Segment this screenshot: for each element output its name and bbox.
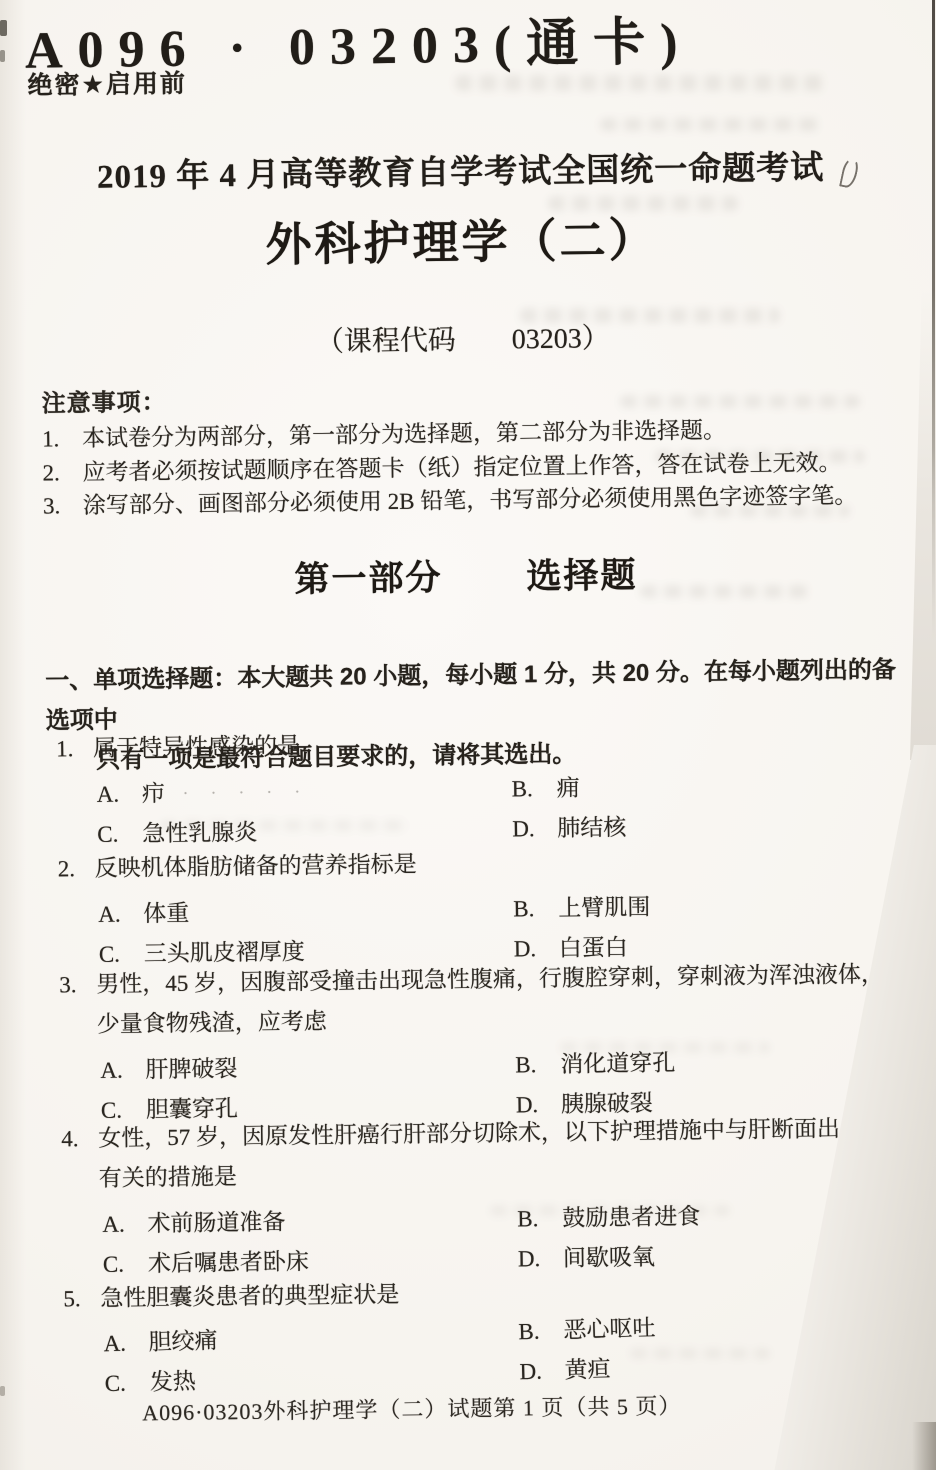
question-number: 4.	[61, 1119, 99, 1199]
bleedthrough-smudge	[690, 505, 850, 517]
option-label: D.	[519, 1351, 565, 1392]
left-edge-ink-mark	[0, 1386, 5, 1396]
pencil-dot-marks: · · · · ·	[164, 772, 309, 814]
section-label: 一、单项选择题：	[45, 665, 237, 695]
question-1: 1. 属于特异性感染的是 A. 疖 · · · · · B. 痈 C.	[56, 718, 932, 855]
bleedthrough-smudge	[560, 1042, 770, 1053]
question-number: 3.	[59, 965, 97, 1045]
option-text: 肝脾破裂	[145, 1049, 238, 1090]
exam-session-title: 2019 年 4 月高等教育自学考试全国统一命题考试	[0, 140, 929, 199]
bleedthrough-smudge	[490, 1205, 730, 1216]
page-content: A096 · 03203(通卡) 绝密★启用前 2019 年 4 月高等教育自学…	[0, 0, 936, 1470]
option-label: A.	[102, 1204, 148, 1245]
option-label: A.	[100, 1050, 146, 1091]
question-number: 1.	[56, 729, 94, 769]
bleedthrough-smudge	[548, 196, 738, 211]
question-number: 5.	[63, 1279, 101, 1319]
question-4: 4. 女性，57 岁，因原发性肝癌行肝部分切除术，以下护理措施中与肝断面出血预防…	[61, 1108, 936, 1285]
option-label: B.	[513, 889, 559, 930]
option-text: 恶心呕吐	[563, 1308, 656, 1351]
option-b: B. 上臂肌围	[513, 884, 932, 929]
course-code-line: （课程代码 03203）	[0, 312, 931, 364]
option-label: A.	[103, 1323, 149, 1364]
security-classification-label: 绝密★启用前	[27, 64, 187, 102]
bleedthrough-smudge	[630, 1348, 770, 1359]
question-text: 男性，45 岁，因腹部受撞击出现急性腹痛，行腹腔穿刺，穿刺液为浑浊液体，有少量食…	[96, 954, 917, 1045]
bleedthrough-smudge	[455, 75, 825, 91]
option-label: B.	[518, 1311, 564, 1352]
option-b: B. 痈	[511, 764, 930, 809]
part-one-label: 第一部分	[294, 550, 443, 602]
bleedthrough-smudge	[600, 118, 820, 131]
bleedthrough-smudge	[655, 450, 865, 463]
option-text: 胆绞痛	[148, 1321, 218, 1363]
option-label: A.	[96, 774, 142, 815]
subject-title: 外科护理学（二）	[0, 200, 930, 278]
note-number: 2.	[42, 456, 82, 490]
option-text: 疖	[141, 774, 165, 814]
bleedthrough-smudge	[520, 308, 780, 323]
question-text: 女性，57 岁，因原发性肝癌行肝部分切除术，以下护理措施中与肝断面出血预防有关的…	[98, 1108, 919, 1199]
option-a: A. 术前肠道准备	[102, 1199, 517, 1244]
option-label: A.	[98, 894, 144, 935]
left-edge-ink-mark	[0, 50, 5, 62]
option-label: B.	[515, 1045, 561, 1086]
question-number: 2.	[57, 849, 95, 889]
option-text: 术前肠道准备	[147, 1202, 286, 1244]
option-a: A. 疖 · · · · ·	[96, 769, 511, 814]
bleedthrough-smudge	[160, 820, 410, 831]
question-3: 3. 男性，45 岁，因腹部受撞击出现急性腹痛，行腹腔穿刺，穿刺液为浑浊液体，有…	[59, 954, 935, 1131]
option-text: 黄疸	[564, 1350, 611, 1391]
question-stem: 4. 女性，57 岁，因原发性肝癌行肝部分切除术，以下护理措施中与肝断面出血预防…	[61, 1108, 936, 1199]
bottom-right-corner-shadow	[912, 1422, 936, 1470]
note-number: 3.	[43, 489, 83, 523]
bleedthrough-smudge	[620, 395, 860, 408]
option-label: B.	[511, 769, 557, 810]
option-text: 鼓励患者进食	[562, 1197, 701, 1239]
scanned-exam-page: A096 · 03203(通卡) 绝密★启用前 2019 年 4 月高等教育自学…	[0, 0, 936, 1470]
left-edge-ink-mark	[0, 20, 7, 36]
option-text: 体重	[143, 894, 190, 935]
option-a: A. 肝脾破裂	[100, 1045, 515, 1090]
part-one-name: 选择题	[526, 548, 638, 599]
note-number: 1.	[42, 422, 82, 456]
bleedthrough-smudge	[640, 585, 810, 598]
option-text: 上臂肌围	[558, 888, 651, 929]
option-text: 痈	[556, 769, 580, 809]
option-a: A. 体重	[98, 889, 513, 934]
question-stem: 3. 男性，45 岁，因腹部受撞击出现急性腹痛，行腹腔穿刺，穿刺液为浑浊液体，有…	[59, 954, 934, 1045]
